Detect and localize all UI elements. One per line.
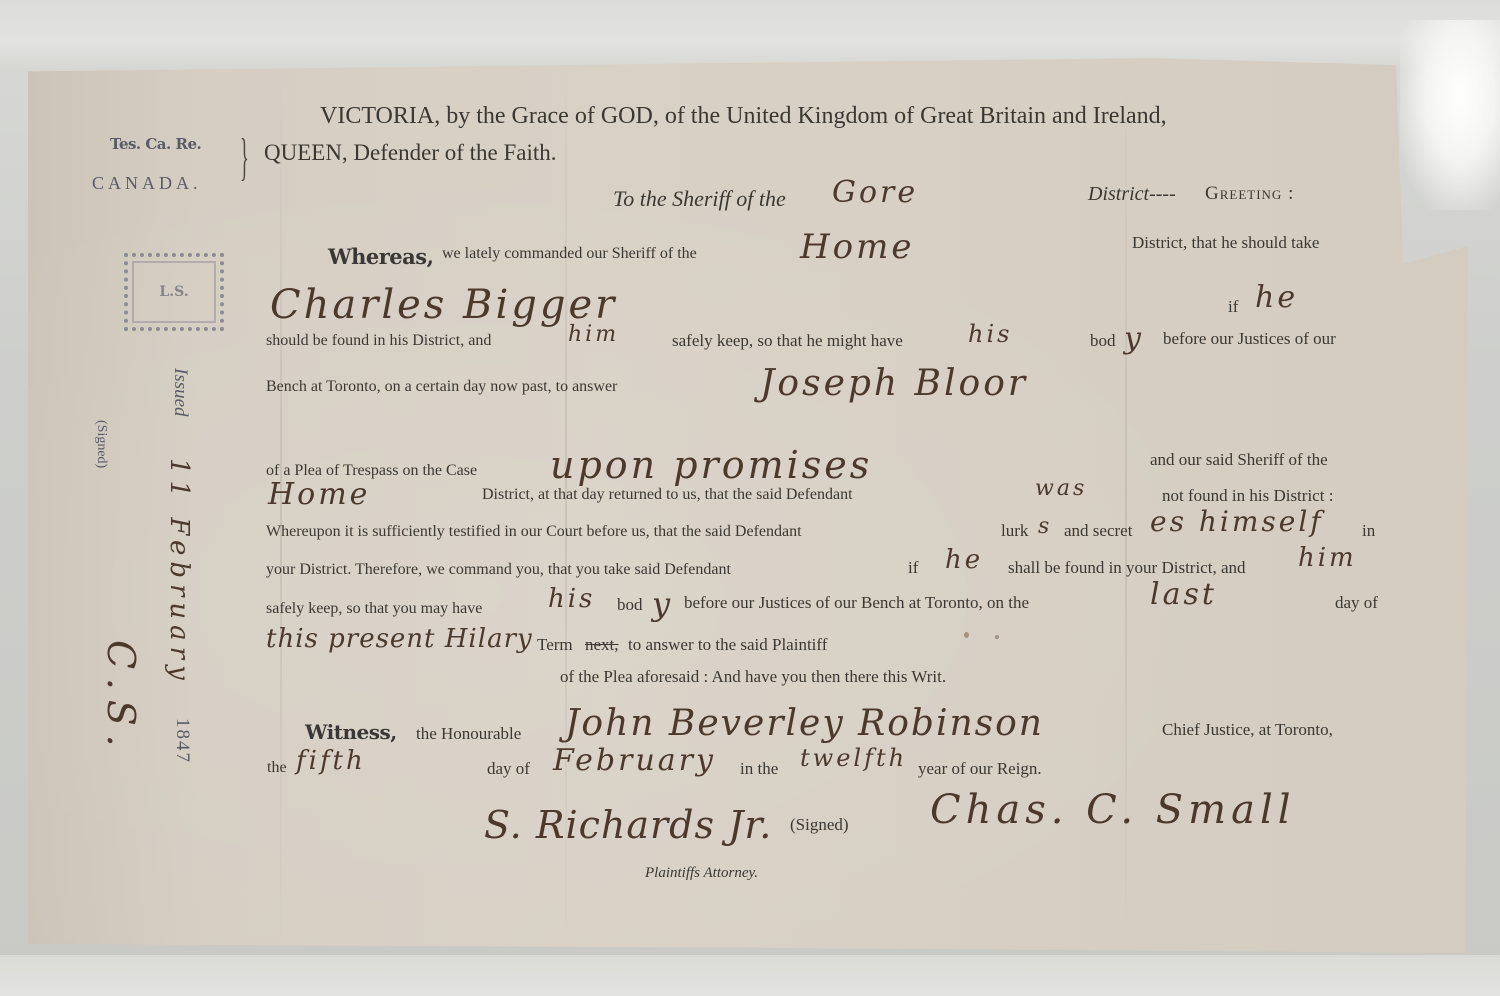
locus-sigilli-seal: L.S. [124, 253, 224, 331]
hand-he: he [945, 547, 983, 573]
margin-issue-date: 11 February [166, 458, 192, 686]
body-text: bod [1090, 332, 1116, 349]
hand-month: February [553, 746, 716, 776]
ink-stain [995, 635, 999, 639]
margin-issued-label: Issued [171, 368, 190, 417]
hand-term-name: this present Hilary [266, 626, 533, 652]
hand-district: Home [268, 480, 370, 510]
struck-text: next, [585, 636, 619, 653]
hand-pronoun: he [1255, 283, 1298, 313]
body-text: shall be found in your District, and [1008, 559, 1246, 576]
body-text: should be found in his District, and [266, 333, 491, 349]
hand-regnal-year: twelfth [800, 746, 907, 770]
hand-defendant-name: Charles Bigger [270, 285, 617, 325]
body-text: before our Justices of our [1163, 330, 1336, 347]
jurisdiction-label: CANADA. [92, 174, 202, 192]
protective-sleeve-bottom [0, 955, 1500, 996]
body-text: in the [740, 760, 778, 777]
margin-initials: C.S. [102, 640, 140, 757]
hand-y: y [1124, 324, 1144, 354]
hand-day: last [1150, 580, 1217, 610]
header-brace: } [240, 132, 249, 184]
body-text: year of our Reign. [918, 760, 1042, 777]
body-text: safely keep, so that you may have [266, 601, 482, 617]
protective-sleeve-top [0, 0, 1500, 70]
body-text: lurk [1001, 522, 1028, 539]
hand-his: his [968, 322, 1012, 346]
hand-district: Home [800, 230, 914, 264]
body-text: in [1362, 522, 1375, 539]
body-text: safely keep, so that he might have [672, 332, 903, 349]
hand-him: him [568, 324, 619, 346]
clerk-signature: Chas. C. Small [930, 790, 1296, 830]
hand-sheriff-district: Gore [832, 178, 918, 208]
body-text: if [908, 559, 918, 576]
body-text: District, that he should take [1132, 234, 1319, 251]
body-text: District, at that day returned to us, th… [482, 487, 853, 503]
body-text: day of [1335, 594, 1378, 611]
sleeve-glare [1400, 20, 1500, 210]
hand-himself: es himself [1150, 508, 1324, 536]
hand-was: was [1035, 478, 1087, 500]
royal-title-line-2: QUEEN, Defender of the Faith. [264, 141, 557, 164]
body-text: your District. Therefore, we command you… [266, 562, 731, 578]
body-text: and secret [1064, 522, 1132, 539]
body-text: day of [487, 760, 530, 777]
body-text: not found in his District : [1162, 487, 1333, 504]
hand-his: his [548, 586, 595, 612]
body-text: if [1228, 298, 1238, 315]
body-text: to answer to the said Plaintiff [628, 636, 827, 653]
royal-title-line-1: VICTORIA, by the Grace of GOD, of the Un… [320, 104, 1167, 128]
hand-case-type: upon promises [550, 446, 872, 484]
body-text: the Honourable [416, 725, 521, 742]
seal-label: L.S. [159, 284, 188, 300]
body-text: the [267, 760, 287, 776]
body-text: Chief Justice, at Toronto, [1162, 721, 1333, 738]
body-text: bod [617, 596, 643, 613]
hand-day-ordinal: fifth [296, 748, 366, 774]
attorney-signature: S. Richards Jr. [484, 806, 772, 844]
hand-plaintiff-name: Joseph Bloor [760, 366, 1028, 402]
body-text: and our said Sheriff of the [1150, 451, 1328, 468]
body-text: Term [537, 636, 573, 653]
address-prefix: To the Sheriff of the [613, 188, 786, 210]
attorney-label: Plaintiffs Attorney. [645, 866, 758, 881]
body-text: Whereupon it is sufficiently testified i… [266, 524, 802, 540]
hand-him: him [1298, 545, 1357, 571]
margin-year: 1847 [173, 718, 192, 764]
body-text: of the Plea aforesaid : And have you the… [560, 668, 946, 685]
signed-label: (Signed) [790, 816, 849, 833]
whereas-label: Whereas, [328, 246, 433, 267]
body-text: Bench at Toronto, on a certain day now p… [266, 379, 617, 395]
hand-s: s [1038, 516, 1052, 538]
body-text: before our Justices of our Bench at Toro… [684, 594, 1029, 611]
hand-chief-justice-name: John Beverley Robinson [565, 706, 1044, 742]
ink-stain [964, 632, 969, 638]
greeting-label: Greeting : [1205, 184, 1294, 203]
witness-label: Witness, [305, 722, 397, 742]
address-district-label: District---- [1088, 184, 1176, 204]
hand-y: y [652, 588, 673, 620]
writ-caption: Tes. Ca. Re. [110, 137, 201, 152]
margin-signed-label: (Signed) [94, 420, 108, 468]
body-text: we lately commanded our Sheriff of the [442, 246, 697, 262]
